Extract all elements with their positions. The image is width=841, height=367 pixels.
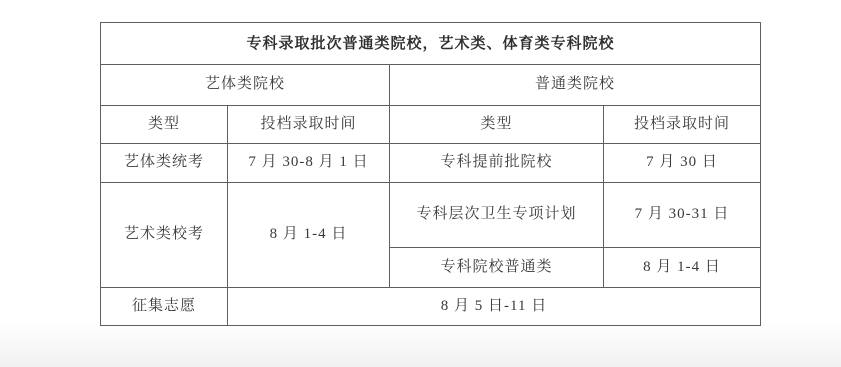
section-header-art-sports: 艺体类院校 [101,65,390,106]
admission-schedule: 专科录取批次普通类院校，艺术类、体育类专科院校 艺体类院校 普通类院校 类型 投… [100,22,761,326]
table-row: 征集志愿 8 月 5 日-11 日 [101,288,761,326]
colhead-left-type: 类型 [101,106,228,144]
table-row: 艺体类统考 7 月 30-8 月 1 日 专科提前批院校 7 月 30 日 [101,144,761,183]
cell-art-unified-exam-time: 7 月 30-8 月 1 日 [228,144,390,183]
cell-health-special-program: 专科层次卫生专项计划 [390,183,604,248]
admission-schedule-table: 专科录取批次普通类院校，艺术类、体育类专科院校 艺体类院校 普通类院校 类型 投… [100,22,761,326]
colhead-right-type: 类型 [390,106,604,144]
title-row: 专科录取批次普通类院校，艺术类、体育类专科院校 [101,23,761,65]
cell-health-special-program-time: 7 月 30-31 日 [604,183,761,248]
cell-art-school-exam-time: 8 月 1-4 日 [228,183,390,288]
section-header-general: 普通类院校 [390,65,761,106]
colhead-left-time: 投档录取时间 [228,106,390,144]
cell-art-school-exam: 艺术类校考 [101,183,228,288]
cell-volunteer-collection: 征集志愿 [101,288,228,326]
column-header-row: 类型 投档录取时间 类型 投档录取时间 [101,106,761,144]
cell-volunteer-collection-time: 8 月 5 日-11 日 [228,288,761,326]
page: { "table": { "title": "专科录取批次普通类院校，艺术类、体… [0,0,841,367]
colhead-right-time: 投档录取时间 [604,106,761,144]
table-title: 专科录取批次普通类院校，艺术类、体育类专科院校 [101,23,761,65]
cell-general-college: 专科院校普通类 [390,248,604,288]
cell-art-unified-exam: 艺体类统考 [101,144,228,183]
cell-general-college-time: 8 月 1-4 日 [604,248,761,288]
section-header-row: 艺体类院校 普通类院校 [101,65,761,106]
table-row: 艺术类校考 8 月 1-4 日 专科层次卫生专项计划 7 月 30-31 日 [101,183,761,248]
cell-advance-batch: 专科提前批院校 [390,144,604,183]
cell-advance-batch-time: 7 月 30 日 [604,144,761,183]
